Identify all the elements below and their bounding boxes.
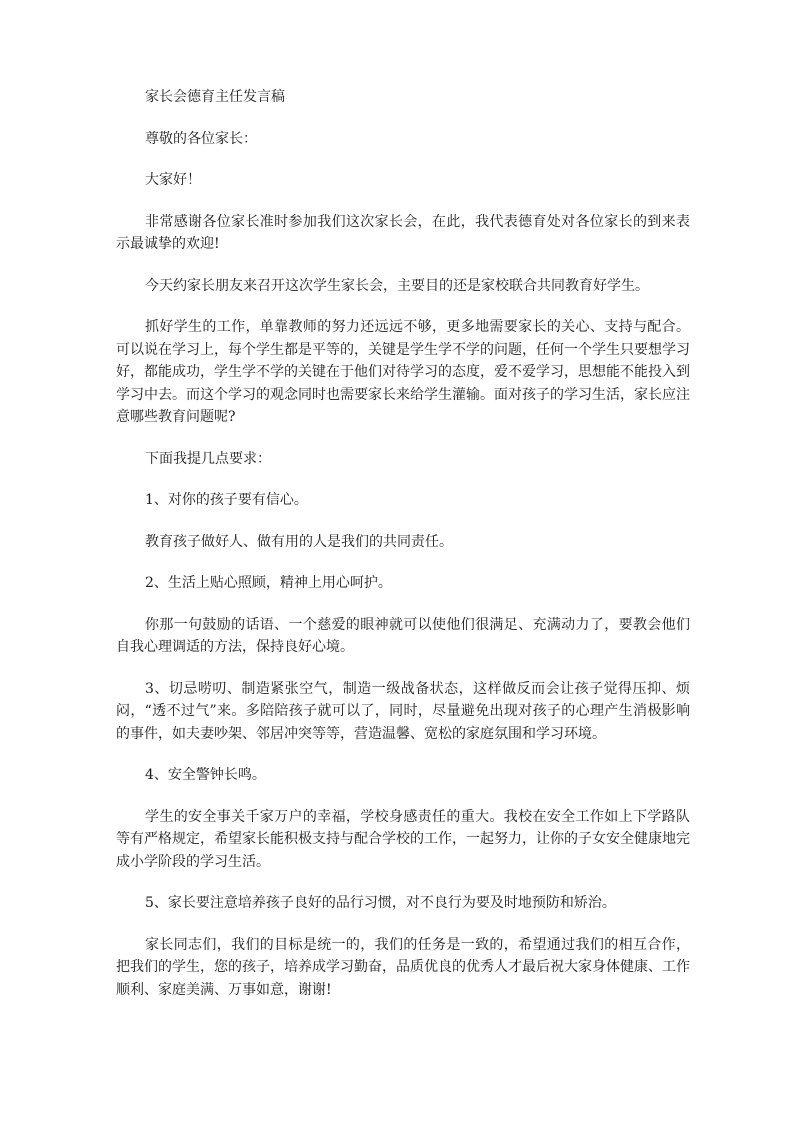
document-title: 家长会德育主任发言稿 [116,86,690,109]
requirement-4-body: 学生的安全事关千家万户的幸福，学校身感责任的重大。我校在安全工作如上下学路队等有… [116,806,690,874]
requirement-1-body: 教育孩子做好人、做有用的人是我们的共同责任。 [116,531,690,554]
requirement-4-heading: 4、安全警钟长鸣。 [116,764,690,787]
requirement-5: 5、家长要注意培养孩子良好的品行习惯，对不良行为要及时地预防和矫治。 [116,892,690,915]
paragraph-cooperation: 抓好学生的工作，单靠教师的努力还远远不够，更多地需要家长的关心、支持与配合。可以… [116,316,690,429]
requirement-3: 3、切忌唠叨、制造紧张空气，制造一级战备状态，这样做反而会让孩子觉得压抑、烦闷，… [116,678,690,746]
paragraph-purpose: 今天约家长朋友来召开这次学生家长会，主要目的还是家校联合共同教育好学生。 [116,275,690,298]
paragraph-requirements-intro: 下面我提几点要求： [116,448,690,471]
greeting: 大家好！ [116,169,690,192]
paragraph-welcome: 非常感谢各位家长准时参加我们这次家长会，在此，我代表德育处对各位家长的到来表示最… [116,211,690,256]
salutation: 尊敬的各位家长： [116,128,690,151]
document-page: 家长会德育主任发言稿 尊敬的各位家长： 大家好！ 非常感谢各位家长准时参加我们这… [116,86,690,1020]
paragraph-closing: 家长同志们，我们的目标是统一的，我们的任务是一致的，希望通过我们的相互合作，把我… [116,934,690,1002]
requirement-2-body: 你那一句鼓励的话语、一个慈爱的眼神就可以使他们很满足、充满动力了，要教会他们自我… [116,614,690,659]
requirement-2-heading: 2、生活上贴心照顾，精神上用心呵护。 [116,572,690,595]
requirement-1-heading: 1、对你的孩子要有信心。 [116,489,690,512]
